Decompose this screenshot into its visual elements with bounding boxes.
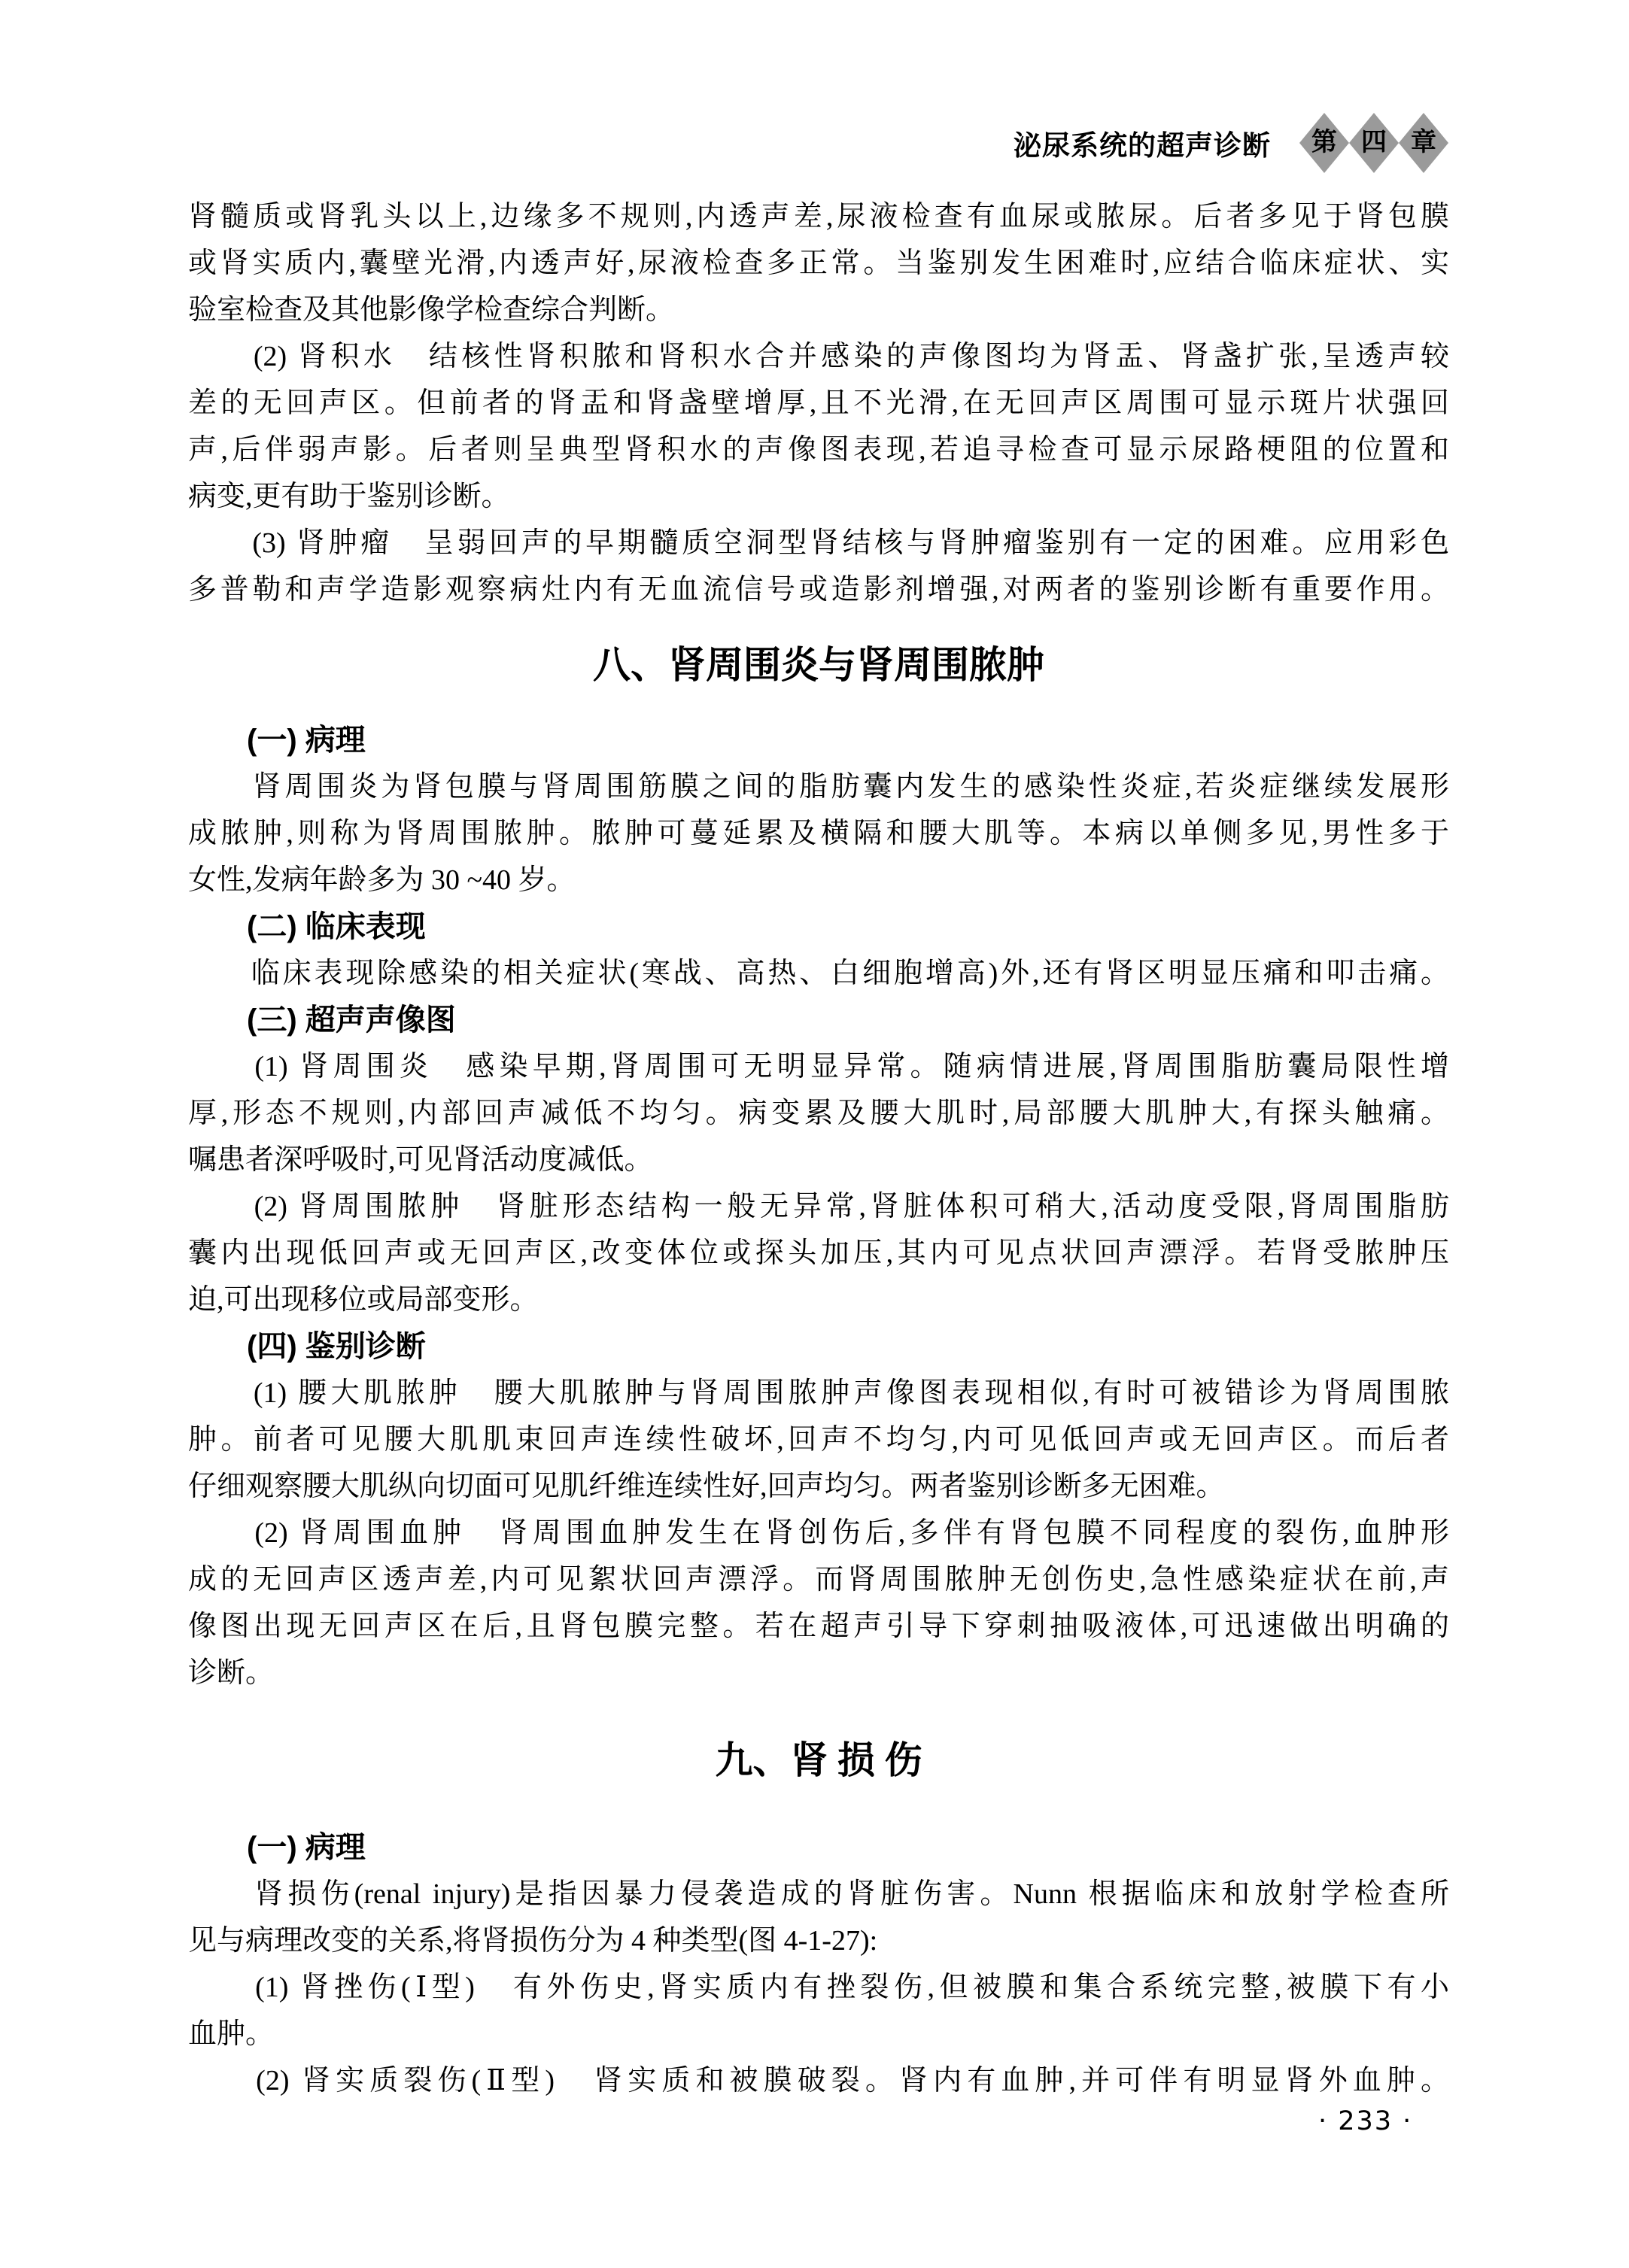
chapter-badge: 第四章 xyxy=(1299,113,1448,173)
paragraph: 肾周围炎为肾包膜与肾周围筋膜之间的脂肪囊内发生的感染性炎症,若炎症继续发展形成脓… xyxy=(188,764,1449,903)
text-line: 见与病理改变的关系,将肾损伤分为 4 种类型(图 4-1-27): xyxy=(188,1917,1449,1964)
section-heading: 九、肾 损 伤 xyxy=(188,1696,1449,1824)
sub-heading: (二) 临床表现 xyxy=(188,903,1449,950)
text-line: 迫,可出现移位或局部变形。 xyxy=(188,1277,1449,1323)
chapter-character: 四 xyxy=(1361,130,1387,156)
page-content: 肾髓质或肾乳头以上,边缘多不规则,内透声差,尿液检查有血尿或脓尿。后者多见于肾包… xyxy=(188,193,1449,2104)
text-line: 成脓肿,则称为肾周围脓肿。脓肿可蔓延累及横隔和腰大肌等。本病以单侧多见,男性多于 xyxy=(188,810,1449,857)
text-line: 成的无回声区透声差,内可见絮状回声漂浮。而肾周围脓肿无创伤史,急性感染症状在前,… xyxy=(188,1556,1449,1603)
chapter-character: 第 xyxy=(1311,130,1337,156)
text-line: 差的无回声区。但前者的肾盂和肾盏壁增厚,且不光滑,在无回声区周围可显示斑片状强回 xyxy=(188,380,1449,427)
text-line: (1) 肾挫伤(Ⅰ型) 有外伤史,肾实质内有挫裂伤,但被膜和集合系统完整,被膜下… xyxy=(188,1964,1449,2011)
text-line: (2) 肾周围脓肿 肾脏形态结构一般无异常,肾脏体积可稍大,活动度受限,肾周围脂… xyxy=(188,1183,1449,1230)
text-line: (1) 肾周围炎 感染早期,肾周围可无明显异常。随病情进展,肾周围脂肪囊局限性增 xyxy=(188,1043,1449,1090)
text-line: (2) 肾周围血肿 肾周围血肿发生在肾创伤后,多伴有肾包膜不同程度的裂伤,血肿形 xyxy=(188,1510,1449,1556)
text-line: (1) 腰大肌脓肿 腰大肌脓肿与肾周围脓肿声像图表现相似,有时可被错诊为肾周围脓 xyxy=(188,1370,1449,1416)
text-line: 临床表现除感染的相关症状(寒战、高热、白细胞增高)外,还有肾区明显压痛和叩击痛。 xyxy=(188,950,1449,997)
sub-heading: (一) 病理 xyxy=(188,717,1449,764)
text-line: 多普勒和声学造影观察病灶内有无血流信号或造影剂增强,对两者的鉴别诊断有重要作用。 xyxy=(188,566,1449,613)
text-line: (2) 肾实质裂伤(Ⅱ型) 肾实质和被膜破裂。肾内有血肿,并可伴有明显肾外血肿。 xyxy=(188,2057,1449,2104)
paragraph: (2) 肾周围脓肿 肾脏形态结构一般无异常,肾脏体积可稍大,活动度受限,肾周围脂… xyxy=(188,1183,1449,1323)
text-line: 仔细观察腰大肌纵向切面可见肌纤维连续性好,回声均匀。两者鉴别诊断多无困难。 xyxy=(188,1463,1449,1510)
text-line: (2) 肾积水 结核性肾积脓和肾积水合并感染的声像图均为肾盂、肾盏扩张,呈透声较 xyxy=(188,333,1449,380)
chapter-diamond: 第 xyxy=(1299,113,1349,173)
text-line: 肾周围炎为肾包膜与肾周围筋膜之间的脂肪囊内发生的感染性炎症,若炎症继续发展形 xyxy=(188,764,1449,810)
sub-heading: (三) 超声声像图 xyxy=(188,997,1449,1043)
paragraph: (3) 肾肿瘤 呈弱回声的早期髓质空洞型肾结核与肾肿瘤鉴别有一定的困难。应用彩色… xyxy=(188,520,1449,613)
text-line: 肾髓质或肾乳头以上,边缘多不规则,内透声差,尿液检查有血尿或脓尿。后者多见于肾包… xyxy=(188,193,1449,240)
paragraph: 肾损伤(renal injury)是指因暴力侵袭造成的肾脏伤害。Nunn 根据临… xyxy=(188,1871,1449,1964)
paragraph: (2) 肾实质裂伤(Ⅱ型) 肾实质和被膜破裂。肾内有血肿,并可伴有明显肾外血肿。 xyxy=(188,2057,1449,2104)
paragraph: (2) 肾周围血肿 肾周围血肿发生在肾创伤后,多伴有肾包膜不同程度的裂伤,血肿形… xyxy=(188,1510,1449,1696)
text-line: (3) 肾肿瘤 呈弱回声的早期髓质空洞型肾结核与肾肿瘤鉴别有一定的困难。应用彩色 xyxy=(188,520,1449,566)
text-line: 女性,发病年龄多为 30 ~40 岁。 xyxy=(188,857,1449,903)
text-line: 病变,更有助于鉴别诊断。 xyxy=(188,473,1449,520)
text-line: 囊内出现低回声或无回声区,改变体位或探头加压,其内可见点状回声漂浮。若肾受脓肿压 xyxy=(188,1230,1449,1277)
paragraph: 临床表现除感染的相关症状(寒战、高热、白细胞增高)外,还有肾区明显压痛和叩击痛。 xyxy=(188,950,1449,997)
text-line: 像图出现无回声区在后,且肾包膜完整。若在超声引导下穿刺抽吸液体,可迅速做出明确的 xyxy=(188,1603,1449,1650)
text-line: 诊断。 xyxy=(188,1650,1449,1696)
chapter-character: 章 xyxy=(1411,130,1436,156)
paragraph: (1) 腰大肌脓肿 腰大肌脓肿与肾周围脓肿声像图表现相似,有时可被错诊为肾周围脓… xyxy=(188,1370,1449,1510)
text-line: 肾损伤(renal injury)是指因暴力侵袭造成的肾脏伤害。Nunn 根据临… xyxy=(188,1871,1449,1917)
text-line: 验室检查及其他影像学检查综合判断。 xyxy=(188,287,1449,333)
running-head-title: 泌尿系统的超声诊断 xyxy=(1014,123,1271,163)
text-line: 厚,形态不规则,内部回声减低不均匀。病变累及腰大肌时,局部腰大肌肿大,有探头触痛… xyxy=(188,1090,1449,1137)
text-line: 肿。前者可见腰大肌肌束回声连续性破坏,回声不均匀,内可见低回声或无回声区。而后者 xyxy=(188,1416,1449,1463)
section-heading: 八、肾周围炎与肾周围脓肿 xyxy=(188,613,1449,717)
paragraph: (1) 肾周围炎 感染早期,肾周围可无明显异常。随病情进展,肾周围脂肪囊局限性增… xyxy=(188,1043,1449,1183)
text-line: 嘱患者深呼吸时,可见肾活动度减低。 xyxy=(188,1137,1449,1183)
paragraph: (2) 肾积水 结核性肾积脓和肾积水合并感染的声像图均为肾盂、肾盏扩张,呈透声较… xyxy=(188,333,1449,520)
sub-heading: (一) 病理 xyxy=(188,1824,1449,1871)
text-line: 声,后伴弱声影。后者则呈典型肾积水的声像图表现,若追寻检查可显示尿路梗阻的位置和 xyxy=(188,427,1449,473)
book-page: 泌尿系统的超声诊断 第四章 肾髓质或肾乳头以上,边缘多不规则,内透声差,尿液检查… xyxy=(0,0,1629,2268)
sub-heading: (四) 鉴别诊断 xyxy=(188,1323,1449,1370)
chapter-diamond: 章 xyxy=(1399,113,1448,173)
running-head: 泌尿系统的超声诊断 第四章 xyxy=(1014,113,1448,173)
chapter-diamond: 四 xyxy=(1349,113,1399,173)
text-line: 或肾实质内,囊壁光滑,内透声好,尿液检查多正常。当鉴别发生困难时,应结合临床症状… xyxy=(188,240,1449,287)
page-number: · 233 · xyxy=(1318,2106,1412,2136)
paragraph: 肾髓质或肾乳头以上,边缘多不规则,内透声差,尿液检查有血尿或脓尿。后者多见于肾包… xyxy=(188,193,1449,333)
paragraph: (1) 肾挫伤(Ⅰ型) 有外伤史,肾实质内有挫裂伤,但被膜和集合系统完整,被膜下… xyxy=(188,1964,1449,2057)
text-line: 血肿。 xyxy=(188,2011,1449,2057)
